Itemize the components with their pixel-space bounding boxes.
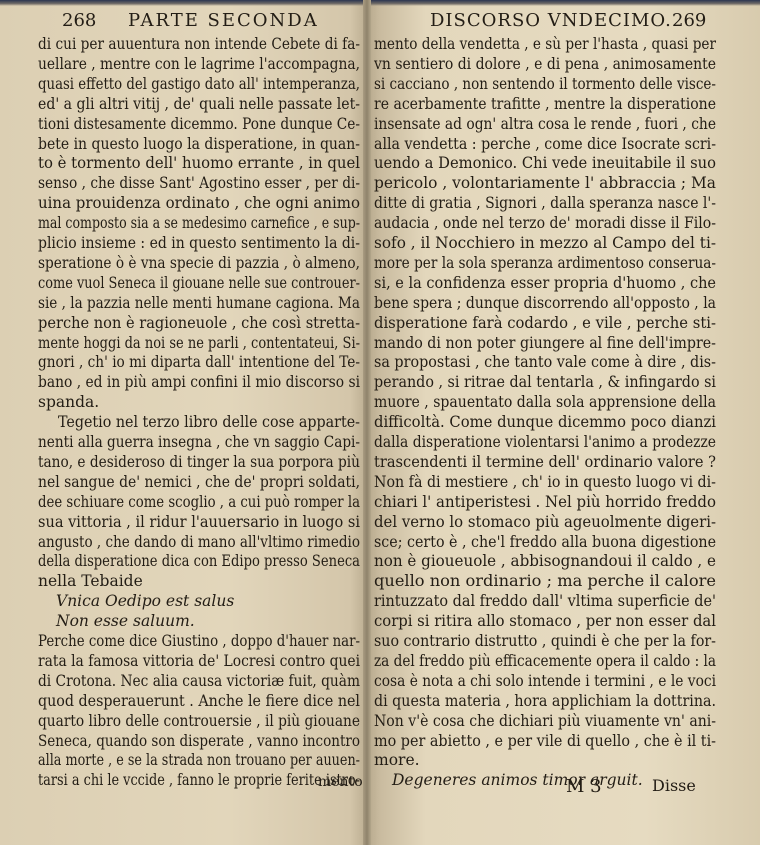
text-line: corpi si ritira allo stomaco , per non e…	[374, 611, 716, 631]
text-line: quarto libro delle controuersie , il più…	[38, 711, 360, 731]
text-line: Perche come dice Giustino , doppo d'haue…	[38, 631, 360, 651]
text-line: muore , spauentato dalla sola apprension…	[374, 392, 716, 412]
text-line: disperatione farà codardo , e vile , per…	[374, 313, 716, 333]
text-line: dee schiuare come scoglio , a cui può ro…	[38, 492, 360, 512]
verse-line: Degeneres animos timor arguit.	[392, 770, 643, 790]
text-line: rata la famosa vittoria de' Locresi cont…	[38, 651, 360, 671]
text-line: more per la sola speranza ardimentoso co…	[374, 253, 716, 273]
running-head: PARTE SECONDA	[128, 10, 319, 31]
verse-line: Non esse saluum.	[56, 611, 195, 631]
book-spread: 268 PARTE SECONDA di cui per auuentura n…	[0, 0, 760, 845]
text-line: sperationе ò è vna specie di pazzia , ò …	[38, 253, 360, 273]
text-line: rintuzzato dal freddo dall' vltima super…	[374, 591, 716, 611]
text-line: tarsi a chi le vccide , fanno le proprie…	[38, 770, 360, 790]
text-line: bete in questo luogo la disperatione, in…	[38, 134, 360, 154]
text-line: mente hoggi da noi se ne parli , content…	[38, 333, 360, 353]
page-number: 268	[62, 10, 96, 31]
text-line: gnori , ch' io mi diparta dall' intentio…	[38, 352, 360, 372]
text-line: uina prouidenza ordinato , che ogni anim…	[38, 193, 360, 213]
text-line: sie , la pazzia nelle menti humane cagio…	[38, 293, 360, 313]
text-line: dalla disperatione violentarsi l'animo a…	[374, 432, 716, 452]
text-line: Non fà di mestiere , ch' io in questo lu…	[374, 472, 716, 492]
text-line: difficoltà. Come dunque dicemmo poco dia…	[374, 412, 716, 432]
text-line: suo contrario distrutto , quindi è che p…	[374, 631, 716, 651]
text-line: ed' a gli altri vitij , de' quali nelle …	[38, 94, 360, 114]
text-line: trascendenti il termine dell' ordinario …	[374, 452, 716, 472]
text-line: to è tormento dell' huomo errante , in q…	[38, 153, 360, 173]
text-line: senso , che disse Sant' Agostino esser ,…	[38, 173, 360, 193]
text-line: spanda.	[38, 392, 99, 412]
verse-line: Vnica Oedipo est salus	[56, 591, 234, 611]
text-line: mal composto sia a se medesimo carnefice…	[38, 213, 360, 233]
text-line: bano , ed in più ampi confini il mio dis…	[38, 372, 360, 392]
text-line: quello non ordinario ; ma perche il calo…	[374, 571, 716, 591]
text-line: mando di non poter giungere al fine dell…	[374, 333, 716, 353]
book-gutter	[363, 0, 371, 845]
text-line: cosa è nota a chi solo intende i termini…	[374, 671, 716, 691]
text-line: alla morte , e se la strada non trouano …	[38, 750, 360, 770]
signature-mark: M 3	[566, 776, 602, 797]
running-head: DISCORSO VNDECIMO.	[430, 10, 672, 31]
text-line: nenti alla guerra insegna , che vn saggi…	[38, 432, 360, 452]
text-line: nel sangue de' nemici , che de' propri s…	[38, 472, 360, 492]
text-line: Non v'è cosa che dichiari più viuamente …	[374, 711, 716, 731]
text-line: si cacciano , non sentendo il tormento d…	[374, 74, 716, 94]
text-line: nella Tebaide	[38, 571, 143, 591]
text-line: uellare , mentre con le lagrime l'accomp…	[38, 54, 360, 74]
text-line: bene spera ; dunque discorrendo all'oppo…	[374, 293, 716, 313]
right-page: DISCORSO VNDECIMO. 269 mento della vende…	[372, 0, 760, 845]
text-line: za del freddo più efficacemente opera il…	[374, 651, 716, 671]
text-line: sa propostasi , che tanto vale come à di…	[374, 352, 716, 372]
text-line: Tegetio nel terzo libro delle cose appar…	[58, 412, 360, 432]
catchword: mento	[318, 772, 363, 792]
text-line: vn sentiero di dolore , e di pena , anim…	[374, 54, 716, 74]
text-line: Seneca, quando son disperate , vanno inc…	[38, 731, 360, 751]
text-line: tioni distesamente dicemmo. Pone dunque …	[38, 114, 360, 134]
text-line: non è gioueuole , abbisognandoui il cald…	[374, 551, 716, 571]
text-line: tano, e desideroso di tinger la sua porp…	[38, 452, 360, 472]
text-line: more.	[374, 750, 420, 770]
text-line: insensate ad ogn' altra cosa le rende , …	[374, 114, 716, 134]
text-line: come vuol Seneca il giouane nelle sue co…	[38, 273, 360, 293]
text-line: quasi effetto del gastigo dato all' inte…	[38, 74, 360, 94]
text-line: perche non è ragioneuole , che così stre…	[38, 313, 360, 333]
text-line: angusto , che dando di mano all'vltimo r…	[38, 532, 360, 552]
text-line: re acerbamente trafitte , mentre la disp…	[374, 94, 716, 114]
text-line: di Crotona. Nec alia causa victoriæ fuit…	[38, 671, 360, 691]
text-line: chiari l' antiperistesi . Nel più horrid…	[374, 492, 716, 512]
text-line: alla vendetta : perche , come dice Isocr…	[374, 134, 716, 154]
page-number: 269	[672, 10, 706, 31]
text-line: quod desperauerunt . Anche le fiere dice…	[38, 691, 360, 711]
text-line: mo per abietto , e per vile di quello , …	[374, 731, 716, 751]
catchword: Disse	[652, 776, 696, 795]
left-page: 268 PARTE SECONDA di cui per auuentura n…	[0, 0, 362, 845]
text-line: sce; certo è , che'l freddo alla buona d…	[374, 532, 716, 552]
text-line: di questa materia , hora applichiam la d…	[374, 691, 716, 711]
text-line: ditte di gratia , Signori , dalla speran…	[374, 193, 716, 213]
text-line: si, e la confidenza esser propria d'huom…	[374, 273, 716, 293]
text-line: mento della vendetta , e sù per l'hasta …	[374, 34, 716, 54]
text-line: audacia , onde nel terzo de' moradi diss…	[374, 213, 716, 233]
text-line: plicio insieme : ed in questo sentimento…	[38, 233, 360, 253]
text-line: sofo , il Nocchiero in mezzo al Campo de…	[374, 233, 716, 253]
text-line: della disperatione dica con Edipo presso…	[38, 551, 360, 571]
text-line: di cui per auuentura non intende Cebete …	[38, 34, 360, 54]
text-line: pericolo , volontariamente l' abbraccia …	[374, 173, 716, 193]
text-line: del verno lo stomaco più ageuolmente dig…	[374, 512, 716, 532]
text-line: sua vittoria , il ridur l'auuersario in …	[38, 512, 360, 532]
text-line: uendo a Demonico. Chi vede ineuitabile i…	[374, 153, 716, 173]
text-line: perando , si ritrae dal tentarla , & inf…	[374, 372, 716, 392]
